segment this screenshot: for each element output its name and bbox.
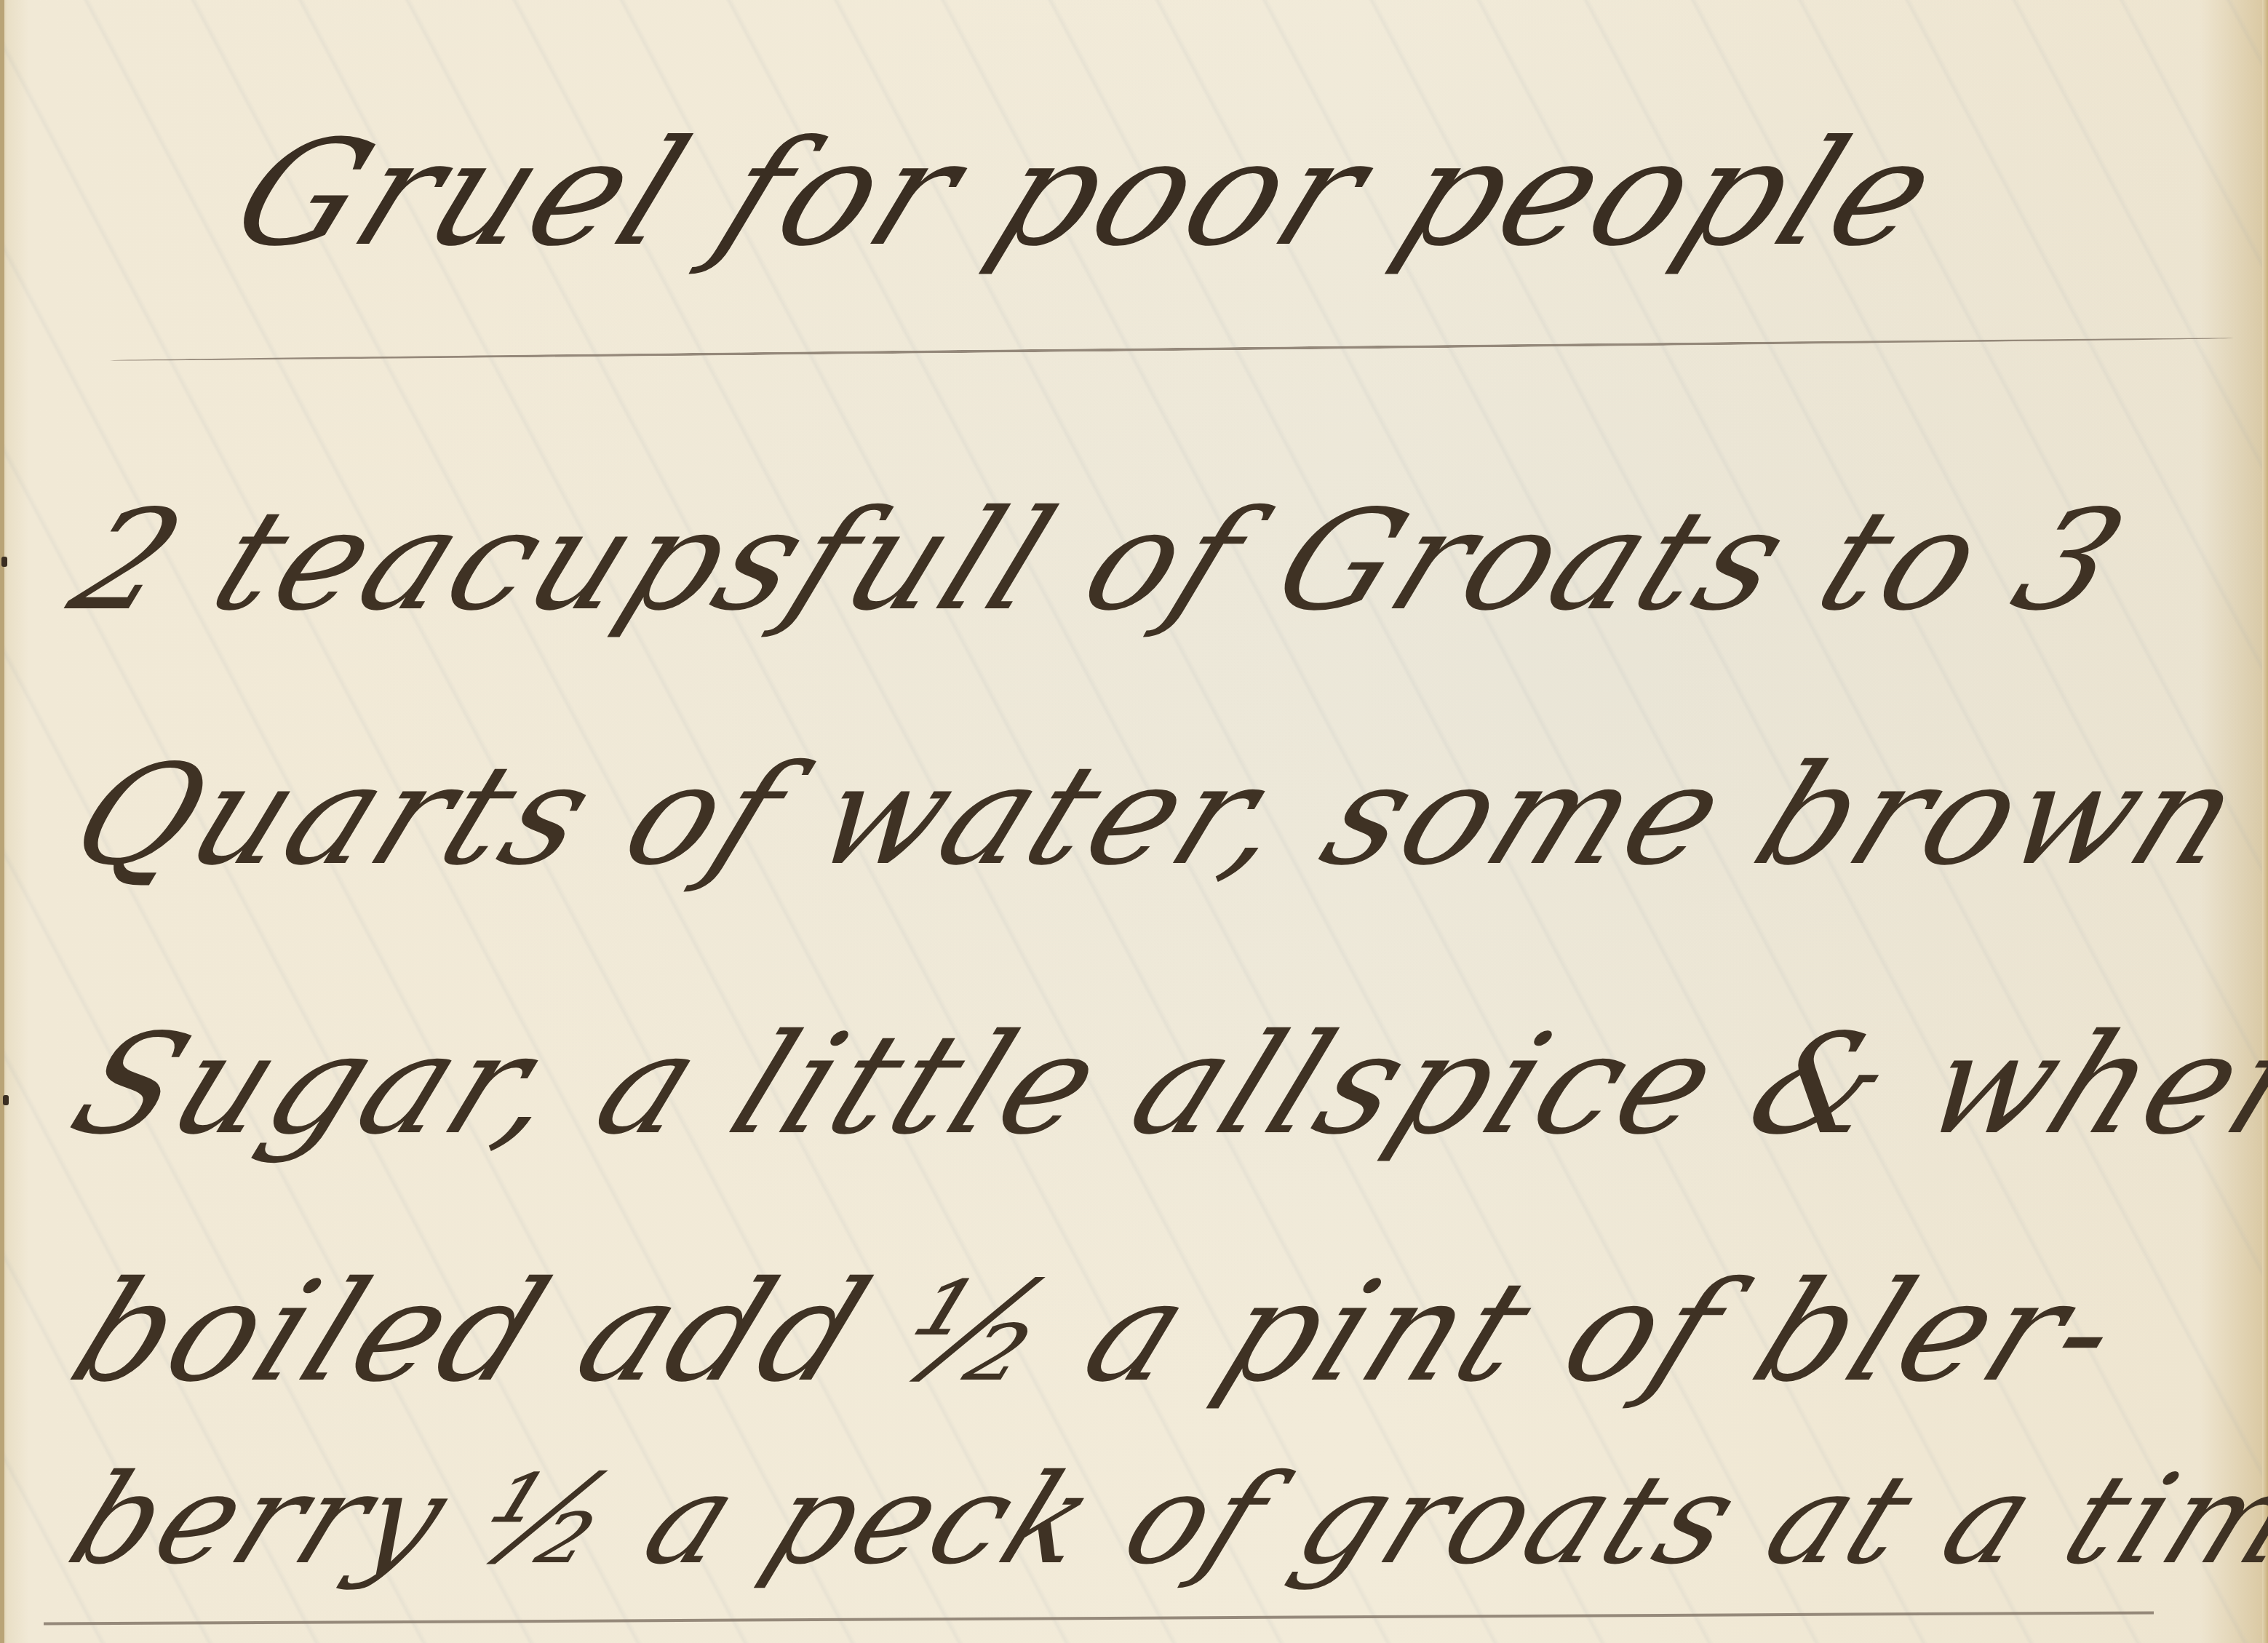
title-underline bbox=[109, 337, 2234, 362]
recipe-line-5: berry ½ a peck of groats at a time bbox=[51, 1448, 2268, 1592]
recipe-line-3: Sugar, a little allspice & when bbox=[51, 1004, 2268, 1165]
recipe-title: Gruel for poor people bbox=[211, 109, 1964, 279]
margin-mark bbox=[3, 1095, 9, 1105]
end-rule bbox=[44, 1611, 2154, 1625]
manuscript-page: Gruel for poor people 2 teacupsfull of G… bbox=[0, 0, 2268, 1643]
recipe-line-2: Quarts of water, some brown bbox=[51, 735, 2267, 896]
margin-mark bbox=[1, 557, 7, 567]
recipe-line-4: boiled add ½ a pint of bler- bbox=[51, 1252, 2147, 1412]
page-gutter-edge bbox=[0, 0, 4, 1643]
recipe-line-1: 2 teacupsfull of Groats to 3 bbox=[51, 480, 2150, 641]
page-right-edge bbox=[2262, 0, 2268, 1643]
